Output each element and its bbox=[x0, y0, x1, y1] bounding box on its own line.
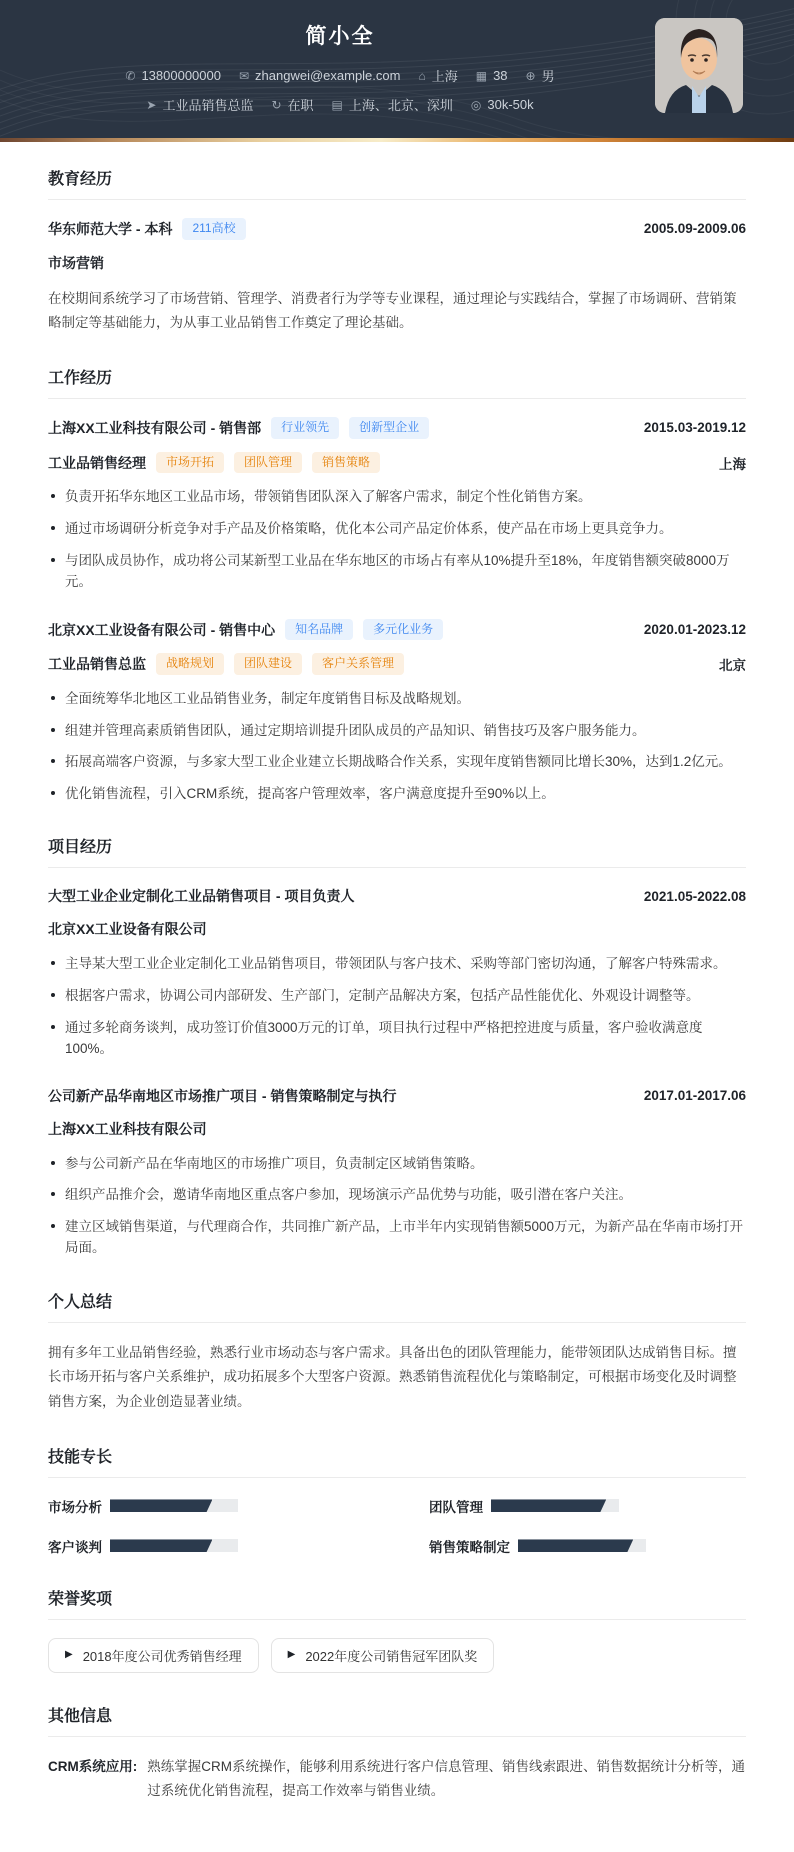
company-tag: 知名品牌 bbox=[285, 619, 353, 641]
bullet-item: 优化销售流程，引入CRM系统，提高客户管理效率，客户满意度提升至90%以上。 bbox=[48, 783, 746, 805]
section-projects: 项目经历 大型工业企业定制化工业品销售项目 - 项目负责人 2021.05-20… bbox=[48, 834, 746, 1259]
gender-item: ⊕ 男 bbox=[526, 66, 555, 85]
play-triangle-icon: ▶ bbox=[288, 1650, 296, 1660]
school-name: 华东师范大学 - 本科 bbox=[48, 219, 172, 239]
project-item: 公司新产品华南地区市场推广项目 - 销售策略制定与执行 2017.01-2017… bbox=[48, 1086, 746, 1259]
job-position-row: 工业品销售经理 市场开拓 团队管理 销售策略 上海 bbox=[48, 452, 746, 474]
target-position-value: 工业品销售总监 bbox=[162, 95, 253, 114]
bullet-item: 组建并管理高素质销售团队，通过定期培训提升团队成员的产品知识、销售技巧及客户服务… bbox=[48, 720, 746, 742]
project-name: 大型工业企业定制化工业品销售项目 - 项目负责人 bbox=[48, 886, 354, 906]
company-tag: 行业领先 bbox=[271, 417, 339, 439]
location-value: 上海 bbox=[432, 66, 458, 85]
skills-grid: 市场分析 团队管理 客户谈判 销售策略制定 bbox=[48, 1496, 746, 1556]
job-position: 工业品销售经理 bbox=[48, 453, 146, 473]
job-bullets: 负责开拓华东地区工业品市场，带领销售团队深入了解客户需求，制定个性化销售方案。 … bbox=[48, 486, 746, 592]
education-major: 市场营销 bbox=[48, 253, 746, 273]
skill-name: 团队管理 bbox=[429, 1496, 483, 1516]
job-company-row: 北京XX工业设备有限公司 - 销售中心 知名品牌 多元化业务 2020.01-2… bbox=[48, 619, 746, 641]
job-date: 2015.03-2019.12 bbox=[644, 420, 746, 435]
bullet-dot-icon bbox=[51, 759, 55, 763]
skill-item: 团队管理 bbox=[429, 1496, 746, 1516]
gender-value: 男 bbox=[542, 66, 555, 85]
job-status-value: 在职 bbox=[288, 95, 314, 114]
summary-text: 拥有多年工业品销售经验，熟悉行业市场动态与客户需求。具备出色的团队管理能力，能带… bbox=[48, 1341, 746, 1414]
target-cities-item: ▤ 上海、北京、深圳 bbox=[332, 95, 453, 114]
job-position-row: 工业品销售总监 战略规划 团队建设 客户关系管理 北京 bbox=[48, 653, 746, 675]
skill-bar-fill bbox=[110, 1499, 212, 1512]
section-summary: 个人总结 拥有多年工业品销售经验，熟悉行业市场动态与客户需求。具备出色的团队管理… bbox=[48, 1289, 746, 1414]
contact-row-2: ➤ 工业品销售总监 ↻ 在职 ▤ 上海、北京、深圳 ◎ 30k-50k bbox=[0, 95, 680, 114]
job-item: 北京XX工业设备有限公司 - 销售中心 知名品牌 多元化业务 2020.01-2… bbox=[48, 619, 746, 805]
avatar bbox=[655, 18, 743, 113]
job-location: 北京 bbox=[719, 654, 746, 674]
skill-item: 客户谈判 bbox=[48, 1536, 365, 1556]
bullet-dot-icon bbox=[51, 696, 55, 700]
skill-item: 市场分析 bbox=[48, 1496, 365, 1516]
section-skills: 技能专长 市场分析 团队管理 客户谈判 销售策略制定 bbox=[48, 1444, 746, 1556]
bullet-dot-icon bbox=[51, 961, 55, 965]
bullet-dot-icon bbox=[51, 1025, 55, 1029]
bullet-item: 组织产品推介会，邀请华南地区重点客户参加，现场演示产品优势与功能，吸引潜在客户关… bbox=[48, 1184, 746, 1206]
section-work: 工作经历 上海XX工业科技有限公司 - 销售部 行业领先 创新型企业 2015.… bbox=[48, 365, 746, 804]
job-bullets: 全面统筹华北地区工业品销售业务，制定年度销售目标及战略规划。 组建并管理高素质销… bbox=[48, 688, 746, 804]
position-icon: ➤ bbox=[146, 99, 156, 111]
job-company: 北京XX工业设备有限公司 - 销售中心 bbox=[48, 620, 275, 640]
skill-bar bbox=[518, 1539, 646, 1552]
project-bullets: 主导某大型工业企业定制化工业品销售项目，带领团队与客户技术、采购等部门密切沟通，… bbox=[48, 953, 746, 1059]
skill-bar bbox=[110, 1499, 238, 1512]
skill-bar bbox=[491, 1499, 619, 1512]
resume-body: 教育经历 华东师范大学 - 本科 211高校 2005.09-2009.06 市… bbox=[0, 142, 794, 1852]
skills-title: 技能专长 bbox=[48, 1444, 746, 1478]
status-icon: ↻ bbox=[271, 99, 281, 111]
job-date: 2020.01-2023.12 bbox=[644, 622, 746, 637]
candidate-name: 简小全 bbox=[0, 20, 680, 50]
play-triangle-icon: ▶ bbox=[65, 1650, 73, 1660]
honors-title: 荣誉奖项 bbox=[48, 1586, 746, 1620]
bullet-item: 全面统筹华北地区工业品销售业务，制定年度销售目标及战略规划。 bbox=[48, 688, 746, 710]
email-item: ✉ zhangwei@example.com bbox=[239, 68, 401, 83]
school-tag-211: 211高校 bbox=[182, 218, 245, 240]
age-value: 38 bbox=[493, 68, 507, 83]
target-cities-value: 上海、北京、深圳 bbox=[349, 95, 453, 114]
bullet-item: 与团队成员协作，成功将公司某新型工业品在华东地区的市场占有率从10%提升至18%… bbox=[48, 550, 746, 593]
job-location: 上海 bbox=[719, 453, 746, 473]
position-tag: 客户关系管理 bbox=[312, 653, 404, 675]
project-item: 大型工业企业定制化工业品销售项目 - 项目负责人 2021.05-2022.08… bbox=[48, 886, 746, 1059]
resume-page: 简小全 ✆ 13800000000 ✉ zhangwei@example.com… bbox=[0, 0, 794, 1852]
project-bullets: 参与公司新产品在华南地区的市场推广项目，负责制定区域销售策略。 组织产品推介会，… bbox=[48, 1153, 746, 1259]
skill-name: 销售策略制定 bbox=[429, 1536, 510, 1556]
bullet-dot-icon bbox=[51, 494, 55, 498]
email-value: zhangwei@example.com bbox=[255, 68, 400, 83]
skill-bar-fill bbox=[110, 1539, 212, 1552]
bullet-dot-icon bbox=[51, 791, 55, 795]
skill-name: 客户谈判 bbox=[48, 1536, 102, 1556]
bullet-dot-icon bbox=[51, 1224, 55, 1228]
project-header-row: 公司新产品华南地区市场推广项目 - 销售策略制定与执行 2017.01-2017… bbox=[48, 1086, 746, 1106]
salary-icon: ◎ bbox=[471, 99, 481, 111]
position-tag: 市场开拓 bbox=[156, 452, 224, 474]
bullet-item: 参与公司新产品在华南地区的市场推广项目，负责制定区域销售策略。 bbox=[48, 1153, 746, 1175]
phone-item: ✆ 13800000000 bbox=[125, 68, 221, 83]
bullet-item: 负责开拓华东地区工业品市场，带领销售团队深入了解客户需求，制定个性化销售方案。 bbox=[48, 486, 746, 508]
bullet-item: 根据客户需求，协调公司内部研发、生产部门，定制产品解决方案，包括产品性能优化、外… bbox=[48, 985, 746, 1007]
honor-badge-2022[interactable]: ▶ 2022年度公司销售冠军团队奖 bbox=[271, 1638, 495, 1673]
bullet-dot-icon bbox=[51, 993, 55, 997]
project-date: 2021.05-2022.08 bbox=[644, 889, 746, 904]
position-tag: 战略规划 bbox=[156, 653, 224, 675]
projects-title: 项目经历 bbox=[48, 834, 746, 868]
skill-bar-fill bbox=[518, 1539, 633, 1552]
job-company-row: 上海XX工业科技有限公司 - 销售部 行业领先 创新型企业 2015.03-20… bbox=[48, 417, 746, 439]
honors-list: ▶ 2018年度公司优秀销售经理 ▶ 2022年度公司销售冠军团队奖 bbox=[48, 1638, 746, 1673]
section-education: 教育经历 华东师范大学 - 本科 211高校 2005.09-2009.06 市… bbox=[48, 166, 746, 335]
job-company: 上海XX工业科技有限公司 - 销售部 bbox=[48, 418, 261, 438]
position-tag: 团队管理 bbox=[234, 452, 302, 474]
skill-name: 市场分析 bbox=[48, 1496, 102, 1516]
job-position: 工业品销售总监 bbox=[48, 654, 146, 674]
honor-label: 2022年度公司销售冠军团队奖 bbox=[305, 1646, 477, 1665]
home-icon: ⌂ bbox=[418, 70, 425, 82]
education-description: 在校期间系统学习了市场营销、管理学、消费者行为学等专业课程，通过理论与实践结合，… bbox=[48, 287, 746, 336]
skill-bar-fill bbox=[491, 1499, 606, 1512]
education-header-row: 华东师范大学 - 本科 211高校 2005.09-2009.06 bbox=[48, 218, 746, 240]
resume-header: 简小全 ✆ 13800000000 ✉ zhangwei@example.com… bbox=[0, 0, 794, 138]
section-other: 其他信息 CRM系统应用: 熟练掌握CRM系统操作，能够利用系统进行客户信息管理… bbox=[48, 1703, 746, 1804]
other-info-text: 熟练掌握CRM系统操作，能够利用系统进行客户信息管理、销售线索跟进、销售数据统计… bbox=[147, 1755, 746, 1804]
skill-bar bbox=[110, 1539, 238, 1552]
education-title: 教育经历 bbox=[48, 166, 746, 200]
bullet-item: 主导某大型工业企业定制化工业品销售项目，带领团队与客户技术、采购等部门密切沟通，… bbox=[48, 953, 746, 975]
phone-value: 13800000000 bbox=[141, 68, 221, 83]
bullet-dot-icon bbox=[51, 558, 55, 562]
bullet-item: 建立区域销售渠道，与代理商合作，共同推广新产品，上市半年内实现销售额5000万元… bbox=[48, 1216, 746, 1259]
target-position-item: ➤ 工业品销售总监 bbox=[146, 95, 253, 114]
summary-title: 个人总结 bbox=[48, 1289, 746, 1323]
project-name: 公司新产品华南地区市场推广项目 - 销售策略制定与执行 bbox=[48, 1086, 396, 1106]
other-title: 其他信息 bbox=[48, 1703, 746, 1737]
skill-item: 销售策略制定 bbox=[429, 1536, 746, 1556]
bullet-dot-icon bbox=[51, 526, 55, 530]
company-tag: 创新型企业 bbox=[349, 417, 429, 439]
job-item: 上海XX工业科技有限公司 - 销售部 行业领先 创新型企业 2015.03-20… bbox=[48, 417, 746, 593]
company-tag: 多元化业务 bbox=[363, 619, 443, 641]
location-item: ⌂ 上海 bbox=[418, 66, 457, 85]
age-icon: ▦ bbox=[476, 70, 487, 82]
education-date: 2005.09-2009.06 bbox=[644, 221, 746, 236]
city-icon: ▤ bbox=[332, 99, 343, 111]
bullet-item: 通过市场调研分析竞争对手产品及价格策略，优化本公司产品定价体系，使产品在市场上更… bbox=[48, 518, 746, 540]
other-info-label: CRM系统应用: bbox=[48, 1755, 137, 1779]
work-title: 工作经历 bbox=[48, 365, 746, 399]
bullet-item: 通过多轮商务谈判，成功签订价值3000万元的订单，项目执行过程中严格把控进度与质… bbox=[48, 1017, 746, 1060]
salary-item: ◎ 30k-50k bbox=[471, 97, 534, 112]
avatar-portrait-icon bbox=[655, 18, 743, 113]
phone-icon: ✆ bbox=[125, 70, 135, 82]
position-tag: 团队建设 bbox=[234, 653, 302, 675]
project-date: 2017.01-2017.06 bbox=[644, 1088, 746, 1103]
salary-value: 30k-50k bbox=[487, 97, 533, 112]
bullet-dot-icon bbox=[51, 1192, 55, 1196]
other-info-row: CRM系统应用: 熟练掌握CRM系统操作，能够利用系统进行客户信息管理、销售线索… bbox=[48, 1755, 746, 1804]
project-header-row: 大型工业企业定制化工业品销售项目 - 项目负责人 2021.05-2022.08 bbox=[48, 886, 746, 906]
bullet-dot-icon bbox=[51, 1161, 55, 1165]
project-company: 上海XX工业科技有限公司 bbox=[48, 1119, 746, 1139]
project-company: 北京XX工业设备有限公司 bbox=[48, 919, 746, 939]
age-item: ▦ 38 bbox=[476, 68, 508, 83]
honor-label: 2018年度公司优秀销售经理 bbox=[83, 1646, 242, 1665]
position-tag: 销售策略 bbox=[312, 452, 380, 474]
job-status-item: ↻ 在职 bbox=[271, 95, 313, 114]
section-honors: 荣誉奖项 ▶ 2018年度公司优秀销售经理 ▶ 2022年度公司销售冠军团队奖 bbox=[48, 1586, 746, 1673]
honor-badge-2018[interactable]: ▶ 2018年度公司优秀销售经理 bbox=[48, 1638, 259, 1673]
bullet-dot-icon bbox=[51, 728, 55, 732]
email-icon: ✉ bbox=[239, 70, 249, 82]
gender-icon: ⊕ bbox=[526, 70, 536, 82]
contact-row-1: ✆ 13800000000 ✉ zhangwei@example.com ⌂ 上… bbox=[0, 66, 680, 85]
bullet-item: 拓展高端客户资源，与多家大型工业企业建立长期战略合作关系，实现年度销售额同比增长… bbox=[48, 751, 746, 773]
